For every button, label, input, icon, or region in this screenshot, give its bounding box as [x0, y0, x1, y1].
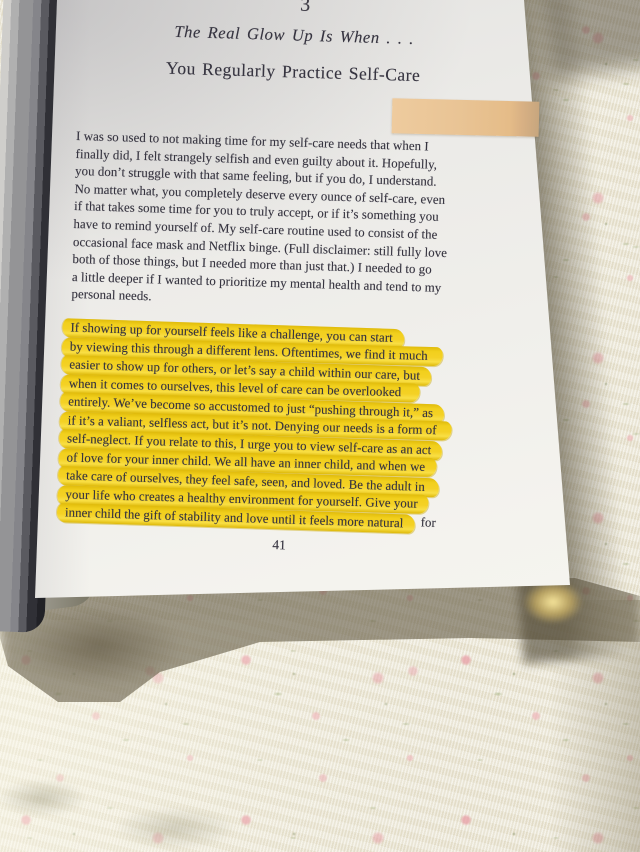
- body-paragraph: I was so used to not making time for my …: [71, 128, 528, 317]
- unhighlighted-tail: [443, 349, 446, 363]
- unhighlighted-tail: for: [414, 515, 436, 530]
- shadow-top-right-corner: [539, 0, 640, 79]
- shadow-dapples-bottom-left: [0, 758, 270, 852]
- highlighted-paragraph: If showing up for yourself feels like a …: [65, 318, 523, 535]
- partial-header-character: 3: [300, 0, 311, 17]
- series-title: The Real Glow Up Is When . . .: [57, 18, 531, 52]
- unhighlighted-tail: [436, 460, 439, 474]
- unhighlighted-tail: [404, 330, 407, 344]
- unhighlighted-tail: [451, 424, 454, 438]
- book-page-photo: 3 The Real Glow Up Is When . . . You Reg…: [0, 0, 640, 852]
- unhighlighted-tail: [444, 405, 447, 419]
- unhighlighted-tail: [429, 497, 432, 511]
- unhighlighted-tail: [431, 368, 434, 382]
- page-number: 41: [42, 530, 516, 560]
- sticky-tab: [392, 98, 540, 137]
- unhighlighted-tail: [442, 442, 445, 456]
- unhighlighted-tail: [419, 386, 422, 400]
- chapter-title: You Regularly Practice Self-Care: [56, 54, 530, 89]
- sun-glint: [523, 580, 583, 624]
- fabric-fold-shade: [548, 600, 640, 852]
- unhighlighted-tail: [439, 479, 442, 493]
